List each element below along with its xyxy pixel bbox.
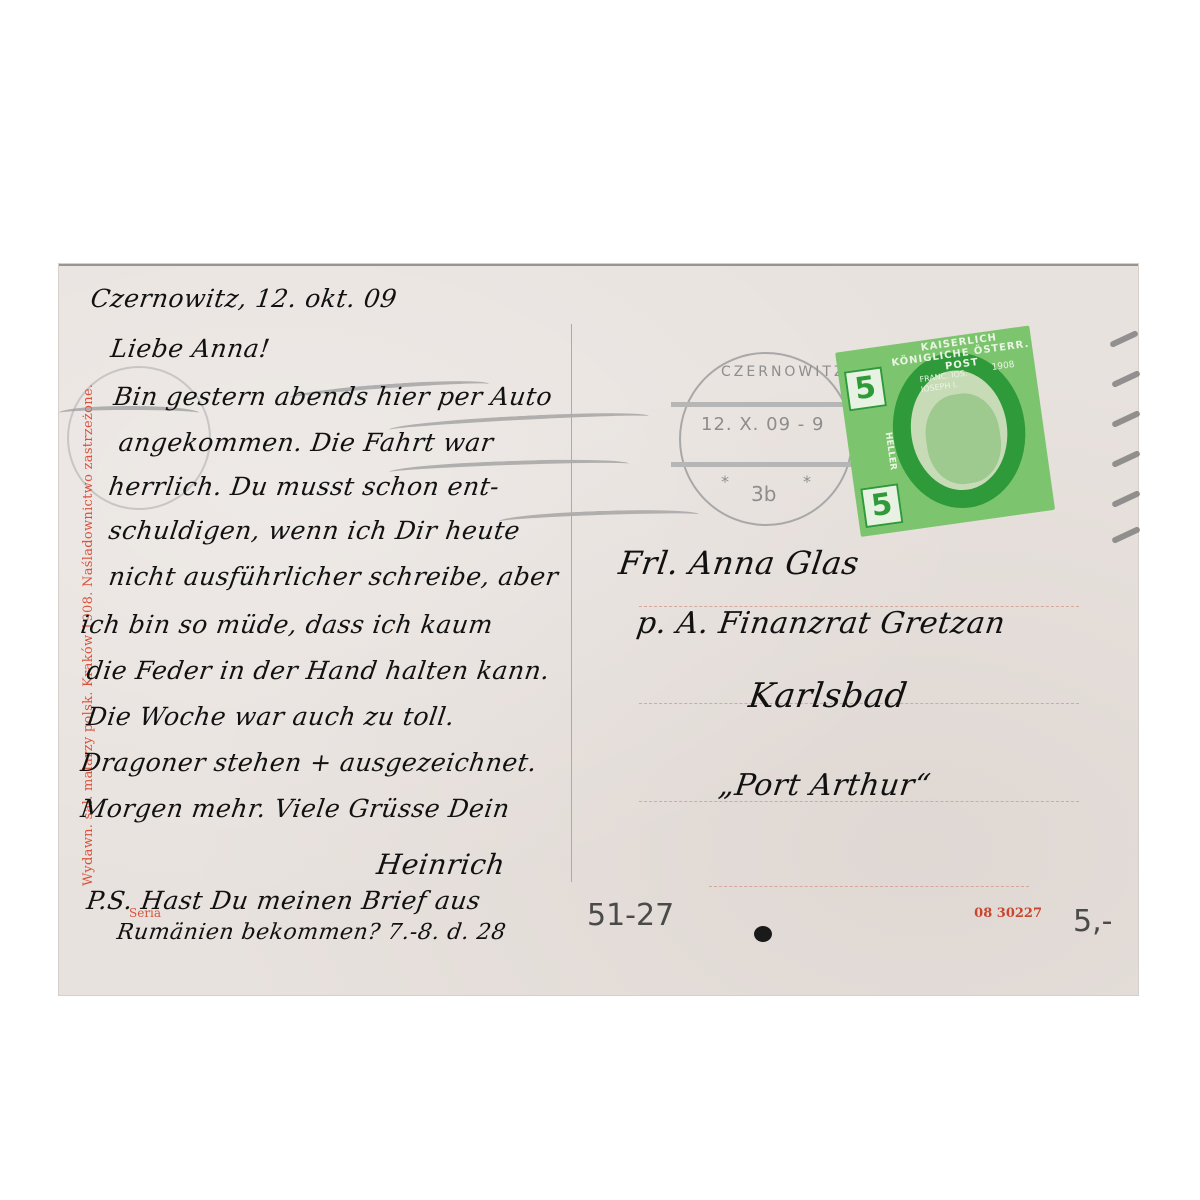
center-divider xyxy=(571,324,572,882)
message-line: herrlich. Du musst schon ent- xyxy=(107,472,501,501)
message-line: Die Woche war auch zu toll. xyxy=(85,702,457,731)
message-line: Morgen mehr. Viele Grüsse Dein xyxy=(79,794,512,823)
cancel-tick xyxy=(1111,450,1141,468)
card-number: 08 30227 xyxy=(974,906,1042,921)
pencil-price: 5,- xyxy=(1073,904,1112,939)
address-line xyxy=(709,886,1029,887)
postmark: CZERNOWITZ 12. X. 09 - 9 * 3b * xyxy=(679,352,853,526)
postcard-back: Wydawn. sal. malarzy polsk. Kraków 1908.… xyxy=(59,264,1138,995)
address-recipient: Frl. Anna Glas xyxy=(616,544,861,582)
ink-blot xyxy=(754,926,772,942)
address-street: „Port Arthur“ xyxy=(717,768,933,803)
postmark-date: 12. X. 09 - 9 xyxy=(701,414,824,435)
message-line: Dragoner stehen + ausgezeichnet. xyxy=(79,748,539,777)
address-city: Karlsbad xyxy=(746,676,910,716)
message-line: Bin gestern abends hier per Auto xyxy=(112,382,554,411)
postage-stamp: KAISERLICH KÖNIGLICHE ÖSTERR. POST 1908 … xyxy=(826,314,1067,547)
cancel-tick xyxy=(1111,410,1141,428)
message-line: nicht ausführlicher schreibe, aber xyxy=(107,562,560,591)
stamp-value-top: 5 xyxy=(844,366,887,411)
message-line: angekommen. Die Fahrt war xyxy=(117,428,495,457)
postmark-code: 3b xyxy=(751,482,776,506)
cancel-tick xyxy=(1111,526,1141,544)
postmark-town: CZERNOWITZ xyxy=(721,364,847,380)
cancel-wave xyxy=(499,508,699,529)
pencil-catalog-number: 51-27 xyxy=(587,898,674,933)
message-line: schuldigen, wenn ich Dir heute xyxy=(107,516,522,545)
message-postscript: Rumänien bekommen? 7.-8. d. 28 xyxy=(115,920,507,945)
stamp-year: 1908 xyxy=(991,360,1015,373)
message-signature: Heinrich xyxy=(375,848,508,881)
address-care-of: p. A. Finanzrat Gretzan xyxy=(635,606,1008,641)
message-place-date: Czernowitz, 12. okt. 09 xyxy=(89,284,399,313)
message-line: die Feder in der Hand halten kann. xyxy=(85,656,552,685)
message-line: ich bin so müde, dass ich kaum xyxy=(79,610,495,639)
message-salutation: Liebe Anna! xyxy=(109,334,272,363)
message-postscript: P.S. Hast Du meinen Brief aus xyxy=(85,886,483,915)
cancel-tick xyxy=(1111,370,1141,388)
stamp-value-bottom: 5 xyxy=(860,483,903,528)
cancel-tick xyxy=(1109,330,1139,348)
cancel-tick xyxy=(1111,490,1141,508)
